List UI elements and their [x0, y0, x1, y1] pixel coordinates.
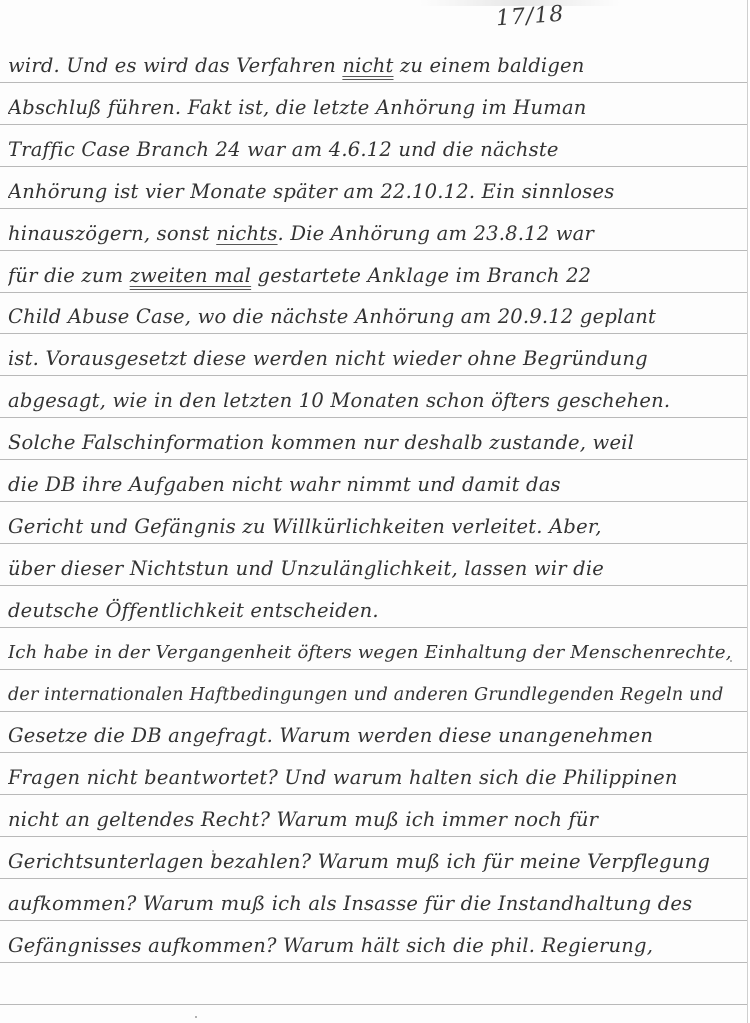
handwritten-line: für die zum zweiten mal gestartete Ankla…: [8, 259, 743, 293]
handwritten-line: abgesagt, wie in den letzten 10 Monaten …: [8, 384, 743, 418]
handwritten-line: Fragen nicht beantwortet? Und warum halt…: [8, 761, 743, 795]
handwritten-line: Solche Falschinformation kommen nur desh…: [8, 426, 743, 460]
text-segment: Gerichtsunterlagen bezahlen? Warum muß i…: [8, 850, 710, 873]
text-segment: Gefängnisses aufkommen? Warum hält sich …: [8, 934, 653, 957]
handwritten-line: wird. Und es wird das Verfahren nicht zu…: [8, 49, 743, 83]
text-segment: über dieser Nichtstun und Unzulänglichke…: [8, 557, 604, 580]
text-segment: hinauszögern, sonst: [8, 222, 216, 245]
text-segment: zu einem baldigen: [394, 54, 585, 77]
text-segment: Fragen nicht beantwortet? Und warum halt…: [8, 766, 678, 789]
text-segment: deutsche Öffentlichkeit entscheiden.: [8, 599, 379, 622]
handwritten-line: die DB ihre Aufgaben nicht wahr nimmt un…: [8, 468, 743, 502]
page-number: 17/18: [495, 2, 565, 32]
text-segment: Abschluß führen. Fakt ist, die letzte An…: [8, 96, 587, 119]
text-segment: Traffic Case Branch 24 war am 4.6.12 und…: [8, 138, 559, 161]
handwritten-line: Child Abuse Case, wo die nächste Anhörun…: [8, 300, 743, 334]
text-segment: gestartete Anklage im Branch 22: [251, 264, 591, 287]
handwritten-line: Gericht und Gefängnis zu Willkürlichkeit…: [8, 510, 743, 544]
underlined-emphasis: zweiten mal: [130, 264, 251, 287]
handwritten-letter-page: 17/18 wird. Und es wird das Verfahren ni…: [0, 0, 748, 1023]
text-segment: der internationalen Haftbedingungen und …: [8, 685, 724, 705]
handwritten-line: Gerichtsunterlagen bezahlen? Warum muß i…: [8, 845, 743, 879]
text-segment: die DB ihre Aufgaben nicht wahr nimmt un…: [8, 473, 561, 496]
text-segment: Ich habe in der Vergangenheit öfters weg…: [8, 642, 732, 663]
text-segment: Gericht und Gefängnis zu Willkürlichkeit…: [8, 515, 602, 538]
handwritten-line: hinauszögern, sonst nichts. Die Anhörung…: [8, 217, 743, 251]
handwritten-line: Abschluß führen. Fakt ist, die letzte An…: [8, 91, 743, 125]
text-segment: ist. Vorausgesetzt diese werden nicht wi…: [8, 347, 648, 370]
handwritten-line: ist. Vorausgesetzt diese werden nicht wi…: [8, 342, 743, 376]
handwritten-line: Traffic Case Branch 24 war am 4.6.12 und…: [8, 133, 743, 167]
underlined-emphasis: nicht: [342, 54, 393, 77]
handwritten-line: deutsche Öffentlichkeit entscheiden.: [8, 594, 743, 628]
handwritten-line: über dieser Nichtstun und Unzulänglichke…: [8, 552, 743, 586]
handwritten-line: Gefängnisses aufkommen? Warum hält sich …: [8, 929, 743, 963]
handwritten-line: nicht an geltendes Recht? Warum muß ich …: [8, 803, 743, 837]
text-segment: nicht an geltendes Recht? Warum muß ich …: [8, 808, 598, 831]
handwritten-line: der internationalen Haftbedingungen und …: [8, 678, 743, 712]
text-segment: abgesagt, wie in den letzten 10 Monaten …: [8, 389, 670, 412]
ruled-line: [0, 1004, 747, 1005]
underlined-emphasis: nichts: [216, 222, 277, 245]
text-segment: . Die Anhörung am 23.8.12 war: [278, 222, 594, 245]
handwritten-line: Anhörung ist vier Monate später am 22.10…: [8, 175, 743, 209]
handwritten-line: Gesetze die DB angefragt. Warum werden d…: [8, 719, 743, 753]
text-segment: für die zum: [8, 264, 130, 287]
paper-speck: [212, 850, 214, 852]
handwritten-line: aufkommen? Warum muß ich als Insasse für…: [8, 887, 743, 921]
text-segment: Gesetze die DB angefragt. Warum werden d…: [8, 724, 653, 747]
text-segment: wird. Und es wird das Verfahren: [8, 54, 342, 77]
handwritten-line: Ich habe in der Vergangenheit öfters weg…: [8, 636, 743, 670]
text-segment: Solche Falschinformation kommen nur desh…: [8, 431, 634, 454]
text-segment: Anhörung ist vier Monate später am 22.10…: [8, 180, 614, 203]
paper-speck: [195, 1016, 197, 1018]
text-segment: aufkommen? Warum muß ich als Insasse für…: [8, 892, 692, 915]
paper-speck: [730, 660, 732, 662]
text-segment: Child Abuse Case, wo die nächste Anhörun…: [8, 305, 656, 328]
